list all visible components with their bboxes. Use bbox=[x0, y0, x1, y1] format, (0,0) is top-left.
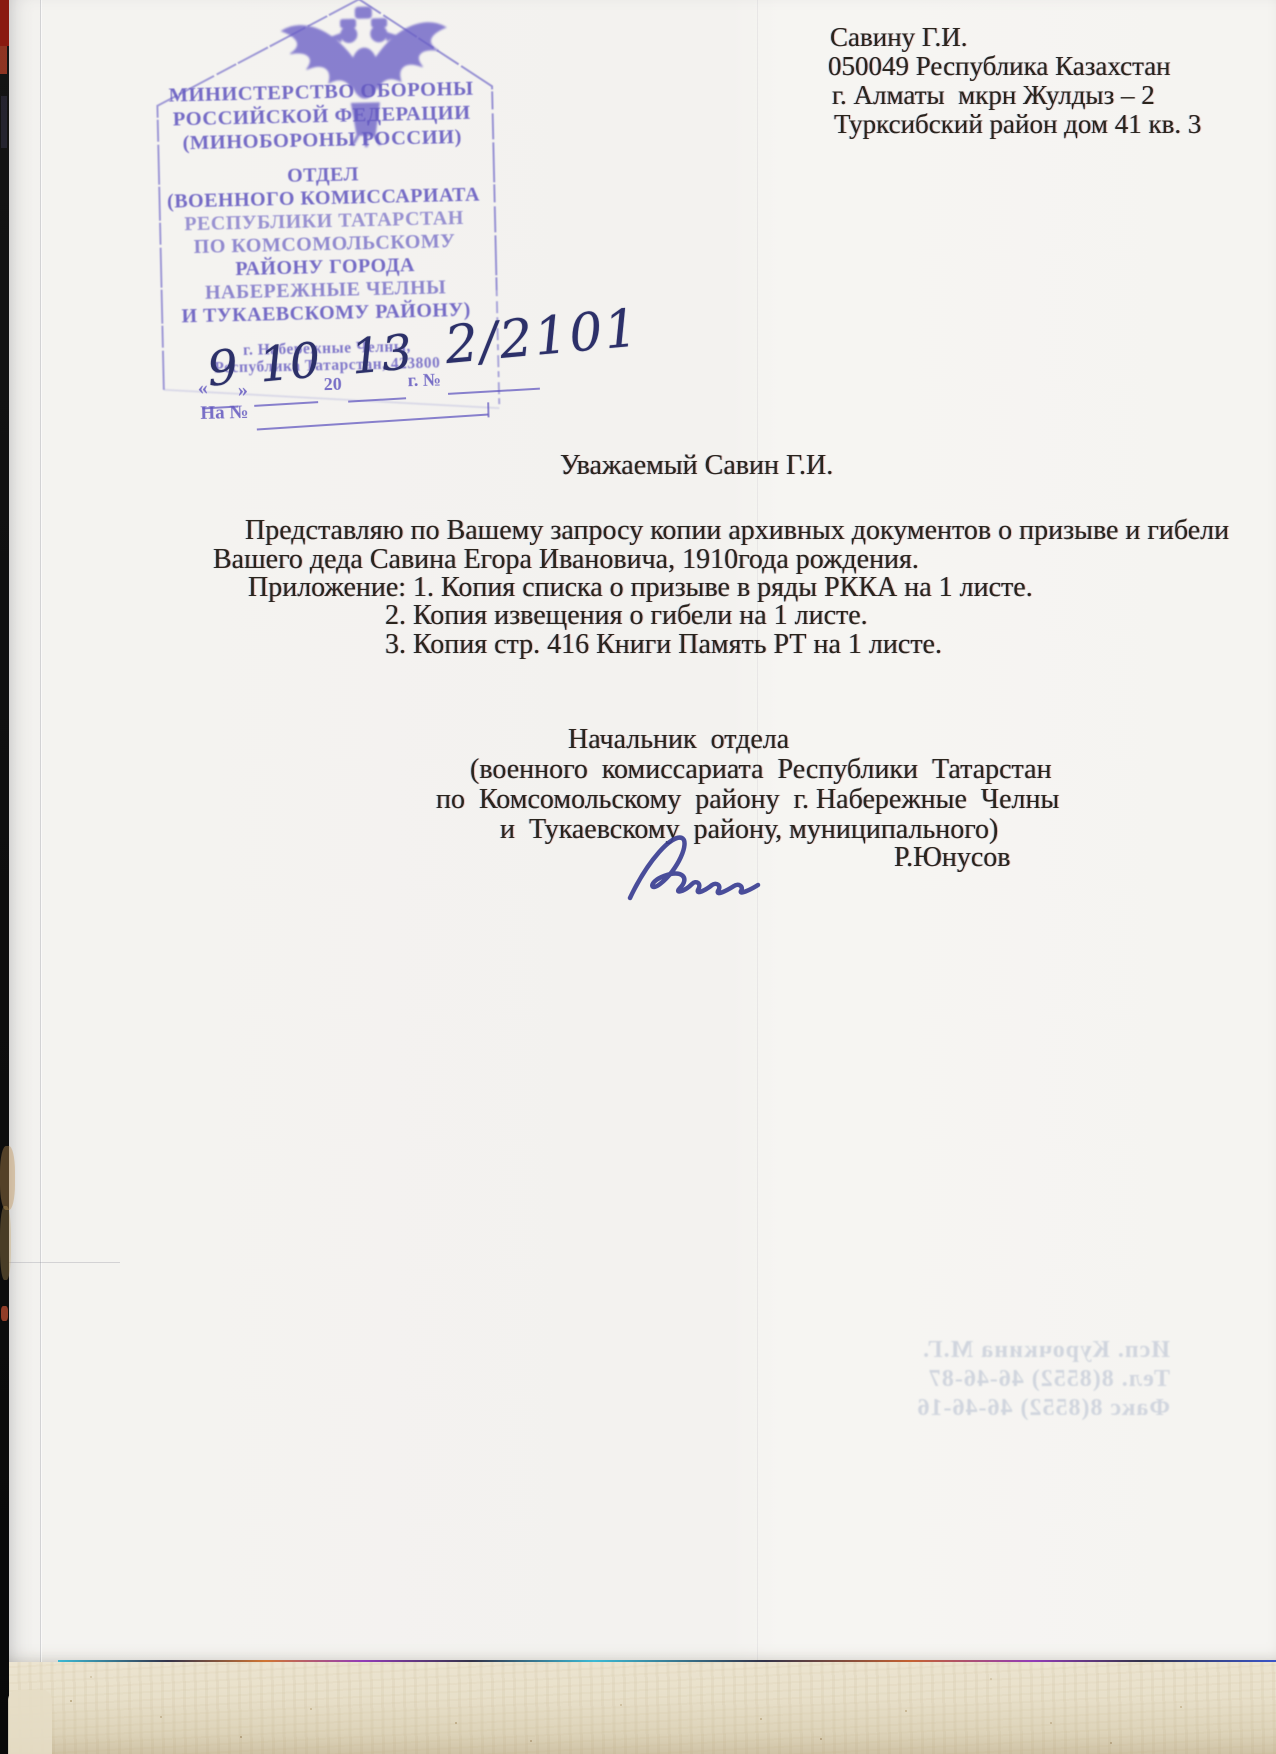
backing-grain-texture bbox=[8, 1662, 1276, 1754]
stamp-number-label: г. № bbox=[407, 369, 441, 391]
military-commissariat-stamp: МИНИСТЕРСТВО ОБОРОНЫ РОССИЙСКОЙ ФЕДЕРАЦИ… bbox=[133, 0, 523, 448]
handwritten-month: 10 bbox=[257, 332, 323, 393]
red-ink-mark-1 bbox=[0, 0, 9, 46]
red-ink-mark-2 bbox=[0, 46, 7, 74]
bleedthrough-text: Исп. Курочкина М.Г. Тел. 8(8552) 46-46-8… bbox=[840, 1336, 1170, 1423]
recipient-line: Турксибский район дом 41 кв. 3 bbox=[834, 109, 1201, 140]
bleedthrough-line: Тел. 8(8552) 46-46-87 bbox=[840, 1365, 1170, 1394]
signoff-line: по Комсомольскому району г. Набережные Ч… bbox=[436, 784, 1059, 816]
stamp-ref-label: На № bbox=[200, 402, 249, 425]
handwritten-day: 9 bbox=[205, 339, 241, 398]
recipient-line: г. Алматы мкрн Жулдыз – 2 bbox=[832, 80, 1155, 111]
signer-name: Р.Юнусов bbox=[894, 842, 1010, 874]
signoff-line: Начальник отдела bbox=[568, 724, 789, 756]
bleedthrough-line: Факс 8(8552) 46-46-16 bbox=[840, 1394, 1170, 1423]
stamp-department-block: ОТДЕЛ (ВОЕННОГО КОМИССАРИАТА РЕСПУБЛИКИ … bbox=[153, 160, 497, 329]
dark-edge-mark bbox=[1, 96, 7, 148]
recipient-line: 050049 Республика Казахстан bbox=[828, 51, 1171, 82]
brown-stain-1 bbox=[0, 1146, 15, 1210]
attachment-line: 2. Копия извещения о гибели на 1 листе. bbox=[385, 600, 868, 632]
signoff-line: (военного комиссариата Республики Татарс… bbox=[470, 754, 1052, 786]
stamp-ministry-block: МИНИСТЕРСТВО ОБОРОНЫ РОССИЙСКОЙ ФЕДЕРАЦИ… bbox=[151, 76, 493, 156]
fold-crease-vertical bbox=[40, 0, 41, 1662]
stamp-year-prefix: 20 bbox=[324, 374, 342, 395]
fold-crease-horizontal bbox=[8, 1262, 120, 1263]
red-spot bbox=[1, 1306, 8, 1321]
recipient-line: Савину Г.И. bbox=[830, 22, 967, 53]
body-line: Представляю по Вашему запросу копии архи… bbox=[245, 515, 1229, 547]
stamp-date-open-quote: « bbox=[198, 377, 209, 400]
bleedthrough-line: Исп. Курочкина М.Г. bbox=[840, 1336, 1170, 1365]
signature-mark bbox=[620, 826, 790, 916]
stamp-ref-corner-tick bbox=[487, 402, 489, 417]
scan-edge-strip bbox=[0, 0, 9, 1754]
stamp-date-close-quote: » bbox=[238, 379, 249, 402]
handwritten-year: 13 bbox=[349, 324, 415, 385]
brown-stain-2 bbox=[0, 1206, 11, 1280]
scanned-letter: МИНИСТЕРСТВО ОБОРОНЫ РОССИЙСКОЙ ФЕДЕРАЦИ… bbox=[0, 0, 1276, 1754]
curled-corner-patch bbox=[8, 1690, 52, 1754]
page-backing bbox=[8, 1662, 1276, 1754]
salutation: Уважаемый Савин Г.И. bbox=[560, 450, 833, 482]
letter-page: МИНИСТЕРСТВО ОБОРОНЫ РОССИЙСКОЙ ФЕДЕРАЦИ… bbox=[8, 0, 1276, 1662]
attachment-line: 3. Копия стр. 416 Книги Память РТ на 1 л… bbox=[385, 629, 942, 661]
